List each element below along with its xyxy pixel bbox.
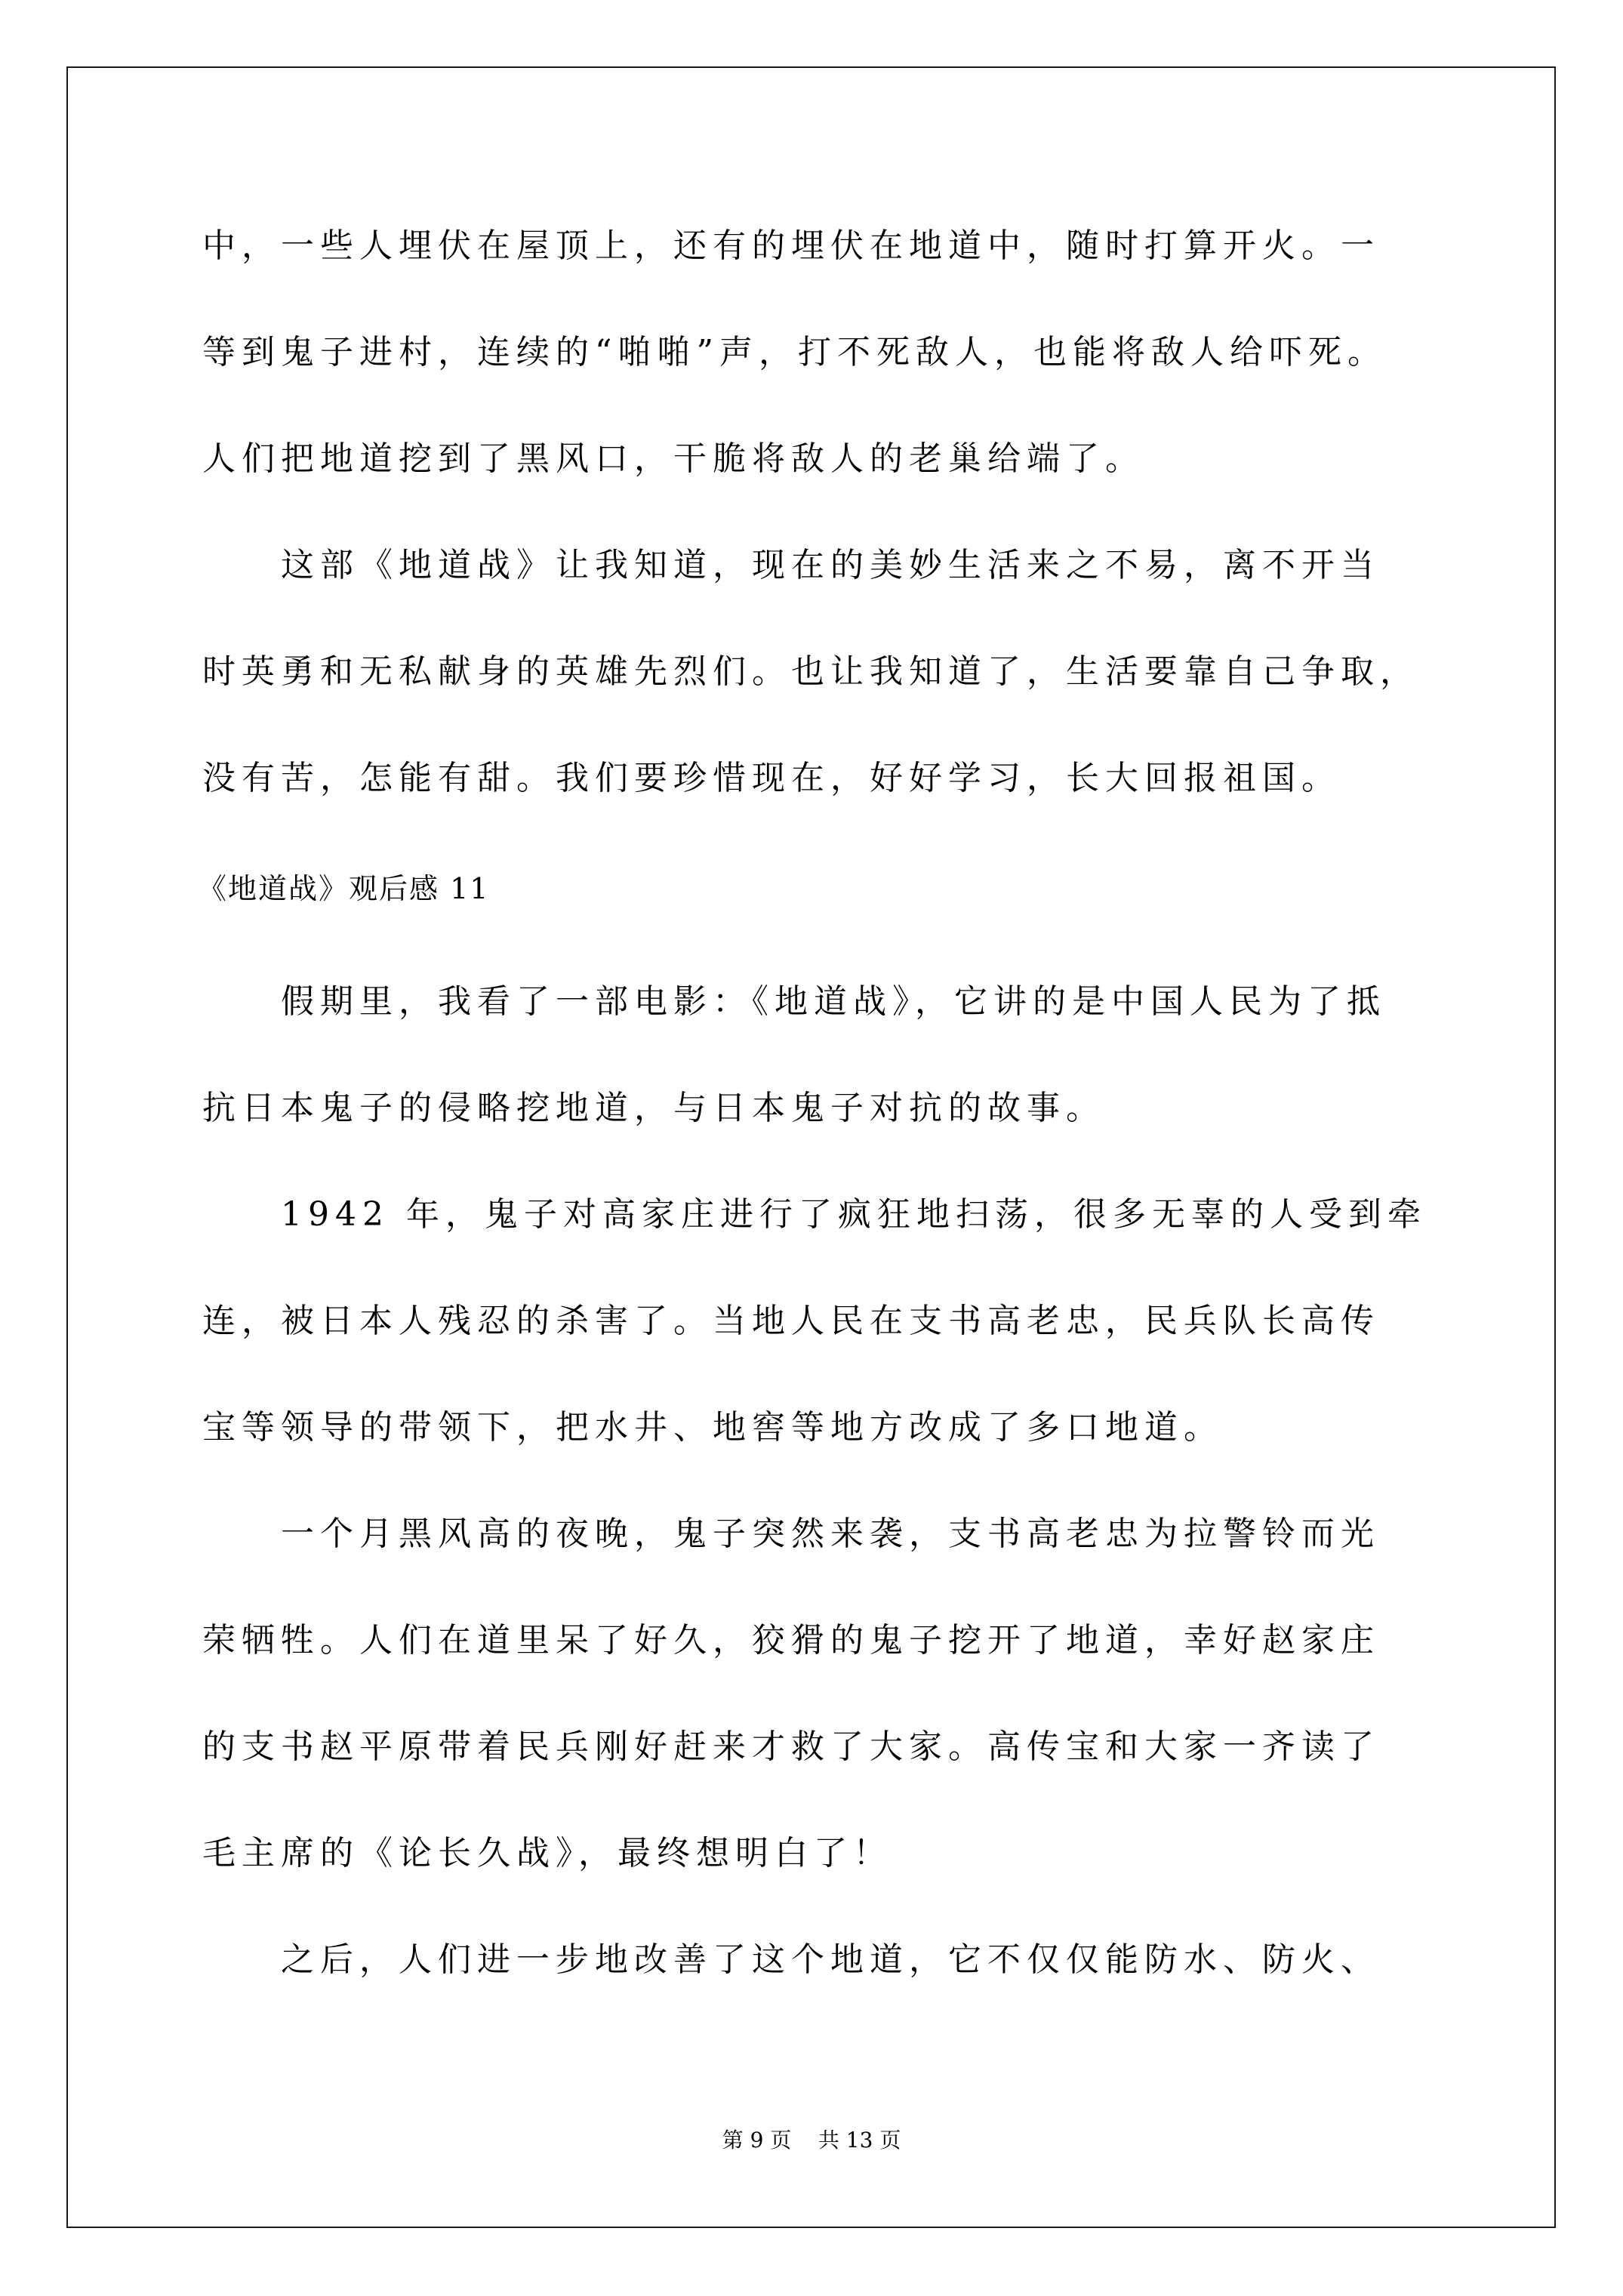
paragraph-line: 一个月黑风高的夜晚，鬼子突然来袭，支书高老忠为拉警铃而光 — [281, 1512, 1380, 1557]
paragraph-line: 宝等领导的带领下，把水井、地窖等地方改成了多口地道。 — [202, 1405, 1223, 1450]
paragraph-line: 连，被日本人残忍的杀害了。当地人民在支书高老忠，民兵队长高传 — [202, 1299, 1380, 1344]
paragraph-line: 假期里，我看了一部电影：《地道战》，它讲的是中国人民为了抵 — [281, 979, 1386, 1025]
section-heading: 《地道战》观后感 11 — [198, 870, 489, 908]
paragraph-line: 之后，人们进一步地改善了这个地道，它不仅仅能防水、防火、 — [281, 1937, 1380, 1983]
page-frame — [66, 66, 1556, 2228]
paragraph-line: 毛主席的《论长久战》，最终想明白了！ — [202, 1831, 892, 1876]
paragraph-line: 等到鬼子进村，连续的“啪啪”声，打不死敌人，也能将敌人给吓死。 — [202, 330, 1387, 375]
paragraph-line: 人们把地道挖到了黑风口，干脆将敌人的老巢给端了。 — [202, 436, 1144, 482]
paragraph-line: 这部《地道战》让我知道，现在的美妙生活来之不易，离不开当 — [281, 543, 1380, 588]
paragraph-line: 抗日本鬼子的侵略挖地道，与日本鬼子对抗的故事。 — [202, 1086, 1105, 1131]
page-number-footer: 第 9 页 共 13 页 — [0, 2125, 1623, 2156]
paragraph-line: 时英勇和无私献身的英雄先烈们。也让我知道了，生活要靠自己争取， — [202, 649, 1419, 695]
paragraph-line: 没有苦，怎能有甜。我们要珍惜现在，好好学习，长大回报祖国。 — [202, 756, 1341, 801]
paragraph-line: 荣牺牲。人们在道里呆了好久，狡猾的鬼子挖开了地道，幸好赵家庄 — [202, 1618, 1380, 1663]
paragraph-line: 的支书赵平原带着民兵刚好赶来才救了大家。高传宝和大家一齐读了 — [202, 1724, 1380, 1770]
paragraph-line: 中，一些人埋伏在屋顶上，还有的埋伏在地道中，随时打算开火。一 — [202, 223, 1380, 269]
paragraph-line: 1942 年，鬼子对高家庄进行了疯狂地扫荡，很多无辜的人受到牵 — [281, 1192, 1427, 1237]
